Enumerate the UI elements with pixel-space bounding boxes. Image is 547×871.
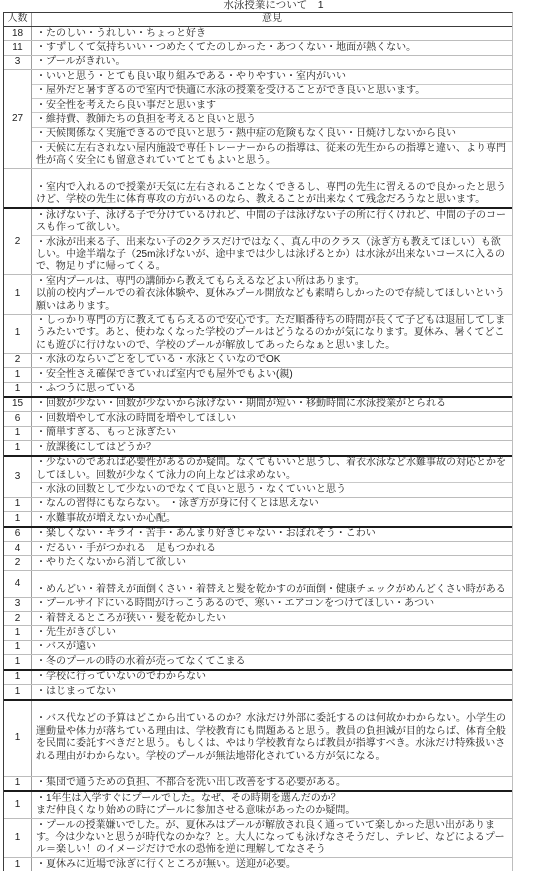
opinion-cell: ・回数増やして水泳の時間を増やしてほしい bbox=[32, 412, 512, 425]
opinion-cell: ・プールがきれい。 bbox=[32, 56, 512, 69]
opinion-line: まだ仲良くなり始めの時にプールに参加させる意味があったのか疑問。 bbox=[36, 805, 508, 817]
opinion-line: ・ふつうに思っている bbox=[36, 383, 508, 395]
opinion-cell: ・1年生は入学すぐにプールでした。なぜ、その時期を選んだのか？まだ仲良くなり始め… bbox=[32, 792, 512, 818]
count-cell: 2 bbox=[4, 354, 32, 367]
table-row: 1・1年生は入学すぐにプールでした。なぜ、その時期を選んだのか？まだ仲良くなり始… bbox=[4, 790, 512, 818]
opinion-line: ・はじまってない bbox=[36, 686, 508, 698]
document-page: 水泳授業について 1 人数 意見 18・たのしい・うれしい・ちょっと好き11・す… bbox=[0, 0, 547, 871]
opinion-sub-row: ・いいと思う・とても良い取り組みである・やりやすい・室内がいい bbox=[32, 70, 512, 83]
opinion-cell: ・いいと思う・とても良い取り組みである・やりやすい・室内がいい・屋外だと暑すぎる… bbox=[32, 70, 512, 168]
table-row: 6・回数増やして水泳の時間を増やしてほしい bbox=[4, 411, 512, 425]
opinion-sub-row: ・プールの授業嫌いでした。が、夏休みはプールが解放され良く通っていて楽しかった思… bbox=[32, 819, 512, 857]
table-row: 1・安全性さえ確保できていれば室内でも屋外でもよい(親) bbox=[4, 367, 512, 381]
count-cell: 1 bbox=[4, 275, 32, 313]
opinion-line: ・プールサイドにいる時間がけっこうあるので、寒い・エアコンをつけてほしい・あつい bbox=[36, 598, 508, 610]
count-cell: 4 bbox=[4, 571, 32, 597]
table-row: 2・着替えるところが狭い・髪を乾かしたい bbox=[4, 611, 512, 625]
opinion-line: ・回数増やして水泳の時間を増やしてほしい bbox=[36, 413, 508, 425]
count-cell: 1 bbox=[4, 626, 32, 639]
table-body: 18・たのしい・うれしい・ちょっと好き11・すずしくて気持ちいい・つめたくてたの… bbox=[4, 27, 512, 871]
opinion-cell: ・楽しくない・キライ・苦手・あんまり好きじゃない・おぼれそう・こわい bbox=[32, 528, 512, 541]
count-cell: 11 bbox=[4, 41, 32, 54]
opinion-line: ・めんどい・着替えが面倒くさい・着替えと髪を乾かすのが面倒・健康チェックがめんど… bbox=[36, 584, 508, 596]
opinion-sub-row: ・めんどい・着替えが面倒くさい・着替えと髪を乾かすのが面倒・健康チェックがめんど… bbox=[32, 571, 512, 597]
count-cell: 3 bbox=[4, 457, 32, 497]
opinion-line: ・回数が少ない・回数が少ないから泳げない・期間が短い・移動時間に水泳授業がとられ… bbox=[36, 398, 508, 410]
table-row: 1・しっかり専門の方に教えてもらえるので安心です。ただ順番待ちの時間が長くて子ど… bbox=[4, 314, 512, 353]
opinion-line: ・バスが遠い bbox=[36, 641, 508, 653]
table-header-row: 人数 意見 bbox=[4, 13, 512, 27]
opinion-cell: ・冬のプールの時の水着が売ってなくてこまる bbox=[32, 655, 512, 668]
opinion-cell: ・着替えるところが狭い・髪を乾かしたい bbox=[32, 612, 512, 625]
table-row: 15・回数が少ない・回数が少ないから泳げない・期間が短い・移動時間に水泳授業がと… bbox=[4, 396, 512, 411]
opinion-cell: ・学校に行っていないのでわからない bbox=[32, 671, 512, 684]
count-cell: 2 bbox=[4, 556, 32, 569]
opinion-sub-row: ・だるい・手がつかれる 足もつかれる bbox=[32, 542, 512, 555]
opinion-line: ・安全性を考えたら良い事だと思います bbox=[36, 100, 508, 112]
opinion-sub-row: ・学校に行っていないのでわからない bbox=[32, 671, 512, 684]
opinion-sub-row: ・楽しくない・キライ・苦手・あんまり好きじゃない・おぼれそう・こわい bbox=[32, 528, 512, 541]
count-cell: 2 bbox=[4, 612, 32, 625]
opinion-line: ・室内で入れるので授業が天気に左右されることなくできるし、専門の先生に習えるので… bbox=[36, 182, 508, 207]
opinion-sub-row: ・やりたくないから消して欲しい bbox=[32, 556, 512, 569]
table-row: 18・たのしい・うれしい・ちょっと好き bbox=[4, 27, 512, 40]
opinion-cell: ・だるい・手がつかれる 足もつかれる bbox=[32, 542, 512, 555]
table-row: 1・先生がきびしい bbox=[4, 625, 512, 639]
opinion-cell: ・泳げない子、泳げる子で分けているけれど、中間の子は泳げない子の所に行くけれど、… bbox=[32, 209, 512, 274]
opinion-cell: ・簡単すぎる、もっと泳ぎたい bbox=[32, 427, 512, 440]
opinion-sub-row: ・水泳のならいごとをしている・水泳とくいなのでOK bbox=[32, 354, 512, 367]
opinion-line bbox=[36, 170, 508, 182]
count-cell: 6 bbox=[4, 528, 32, 541]
opinion-sub-row: ・泳げない子、泳げる子で分けているけれど、中間の子は泳げない子の所に行くけれど、… bbox=[32, 209, 512, 235]
count-cell: 1 bbox=[4, 441, 32, 454]
count-cell: 1 bbox=[4, 498, 32, 511]
opinion-sub-row: ・放課後にしてはどうか？ bbox=[32, 441, 512, 454]
opinion-sub-row: ・天候に左右されない屋内施設で専任トレーナーからの指導は、従来の先生からの指導と… bbox=[32, 141, 512, 168]
opinion-line: ・いいと思う・とても良い取り組みである・やりやすい・室内がいい bbox=[36, 71, 508, 83]
count-cell: 6 bbox=[4, 412, 32, 425]
opinion-sub-row: ・しっかり専門の方に教えてもらえるので安心です。ただ順番待ちの時間が長くて子ども… bbox=[32, 315, 512, 353]
table-row: 1・バスが遠い bbox=[4, 640, 512, 654]
table-row: 27・いいと思う・とても良い取り組みである・やりやすい・室内がいい・屋外だと暑す… bbox=[4, 69, 512, 168]
count-cell: 1 bbox=[4, 315, 32, 353]
opinion-cell: ・水難事故が増えないか心配。 bbox=[32, 512, 512, 525]
table-row: 1・学校に行っていないのでわからない bbox=[4, 669, 512, 684]
opinion-sub-row: ・安全性さえ確保できていれば室内でも屋外でもよい(親) bbox=[32, 368, 512, 381]
count-cell: 1 bbox=[4, 655, 32, 668]
count-cell: 1 bbox=[4, 777, 32, 790]
count-cell: 15 bbox=[4, 398, 32, 411]
count-cell: 1 bbox=[4, 819, 32, 857]
count-cell: 1 bbox=[4, 792, 32, 818]
opinion-line: ・しっかり専門の方に教えてもらえるので安心です。ただ順番待ちの時間が長くて子ども… bbox=[36, 315, 508, 352]
opinion-cell: ・バス代などの予算はどこから出ているのか？水泳だけ外部に委託するのは何故かわから… bbox=[32, 701, 512, 776]
opinion-cell: ・たのしい・うれしい・ちょっと好き bbox=[32, 27, 512, 40]
opinion-cell: ・しっかり専門の方に教えてもらえるので安心です。ただ順番待ちの時間が長くて子ども… bbox=[32, 315, 512, 353]
table-row: 4・だるい・手がつかれる 足もつかれる bbox=[4, 541, 512, 555]
opinion-line: ・簡単すぎる、もっと泳ぎたい bbox=[36, 427, 508, 439]
table-row: 1・室内プールは、専門の講師から教えてもらえるなどよい所はあります。以前の校内プ… bbox=[4, 274, 512, 313]
count-cell: 1 bbox=[4, 368, 32, 381]
table-row: 3・プールがきれい。 bbox=[4, 55, 512, 69]
opinion-sub-row: ・冬のプールの時の水着が売ってなくてこまる bbox=[32, 655, 512, 668]
opinion-cell: ・集団で通うための負担、不都合を洗い出し改善をする必要がある。 bbox=[32, 777, 512, 790]
opinion-cell: ・プールの授業嫌いでした。が、夏休みはプールが解放され良く通っていて楽しかった思… bbox=[32, 819, 512, 857]
table-row: 1・水難事故が増えないか心配。 bbox=[4, 511, 512, 525]
opinion-line: ・維持費、教師たちの負担を考えると良いと思う bbox=[36, 114, 508, 126]
opinion-line: ・楽しくない・キライ・苦手・あんまり好きじゃない・おぼれそう・こわい bbox=[36, 528, 508, 540]
table-row: 1・夏休みに近場で泳ぎに行くところが無い。送迎が必要。 bbox=[4, 857, 512, 871]
page-title: 水泳授業について 1 bbox=[0, 0, 547, 12]
count-cell: 1 bbox=[4, 671, 32, 684]
table-row: 3・プールサイドにいる時間がけっこうあるので、寒い・エアコンをつけてほしい・あつ… bbox=[4, 597, 512, 611]
opinion-line: ・バス代などの予算はどこから出ているのか？水泳だけ外部に委託するのは何故かわから… bbox=[36, 713, 508, 763]
table-row: 11・すずしくて気持ちいい・つめたくてたのしかった・あつくない・地面が熱くない。 bbox=[4, 40, 512, 54]
table-row: 1・ふつうに思っている bbox=[4, 382, 512, 396]
opinion-cell: ・室内プールは、専門の講師から教えてもらえるなどよい所はあります。以前の校内プー… bbox=[32, 275, 512, 313]
opinion-line: ・水泳が出来る子、出来ない子の2クラスだけではなく、真ん中のクラス（泳ぎ方も教え… bbox=[36, 237, 508, 274]
opinion-sub-row: ・夏休みに近場で泳ぎに行くところが無い。送迎が必要。 bbox=[32, 858, 512, 871]
opinion-line: ・先生がきびしい bbox=[36, 627, 508, 639]
opinion-sub-row: ・室内プールは、専門の講師から教えてもらえるなどよい所はあります。以前の校内プー… bbox=[32, 275, 512, 313]
column-header-count: 人数 bbox=[4, 13, 32, 26]
opinions-table: 人数 意見 18・たのしい・うれしい・ちょっと好き11・すずしくて気持ちいい・つ… bbox=[3, 12, 513, 871]
opinion-cell: ・安全性さえ確保できていれば室内でも屋外でもよい(親) bbox=[32, 368, 512, 381]
count-cell: 2 bbox=[4, 209, 32, 274]
table-row: 1・なんの習得にもならない。 ・泳ぎ方が身に付くとは思えない bbox=[4, 497, 512, 511]
opinion-cell: ・夏休みに近場で泳ぎに行くところが無い。送迎が必要。 bbox=[32, 858, 512, 871]
opinion-cell: ・すずしくて気持ちいい・つめたくてたのしかった・あつくない・地面が熱くない。 bbox=[32, 41, 512, 54]
opinion-line: ・プールがきれい。 bbox=[36, 56, 508, 68]
opinion-cell: ・めんどい・着替えが面倒くさい・着替えと髪を乾かすのが面倒・健康チェックがめんど… bbox=[32, 571, 512, 597]
opinion-line: ・だるい・手がつかれる 足もつかれる bbox=[36, 543, 508, 555]
opinion-sub-row: ・回数増やして水泳の時間を増やしてほしい bbox=[32, 412, 512, 425]
table-row: 1 ・バス代などの予算はどこから出ているのか？水泳だけ外部に委託するのは何故かわ… bbox=[4, 699, 512, 776]
opinion-sub-row: ・たのしい・うれしい・ちょっと好き bbox=[32, 27, 512, 40]
table-row: 1・冬のプールの時の水着が売ってなくてこまる bbox=[4, 654, 512, 668]
opinion-cell: ・プールサイドにいる時間がけっこうあるので、寒い・エアコンをつけてほしい・あつい bbox=[32, 598, 512, 611]
opinion-line: ・泳げない子、泳げる子で分けているけれど、中間の子は泳げない子の所に行くけれど、… bbox=[36, 210, 508, 235]
opinion-cell: ・水泳のならいごとをしている・水泳とくいなのでOK bbox=[32, 354, 512, 367]
opinion-sub-row: ・バス代などの予算はどこから出ているのか？水泳だけ外部に委託するのは何故かわから… bbox=[32, 701, 512, 776]
opinion-sub-row: ・水難事故が増えないか心配。 bbox=[32, 512, 512, 525]
opinion-line: ・たのしい・うれしい・ちょっと好き bbox=[36, 28, 508, 40]
opinion-line: ・水泳の回数として少ないのでなくて良いと思う・なくていいと思う bbox=[36, 484, 508, 496]
table-row: 1・はじまってない bbox=[4, 684, 512, 698]
opinion-sub-row: ・プールサイドにいる時間がけっこうあるので、寒い・エアコンをつけてほしい・あつい bbox=[32, 598, 512, 611]
count-cell: 1 bbox=[4, 427, 32, 440]
count-cell: 3 bbox=[4, 598, 32, 611]
opinion-sub-row: ・少ないのであれば必要性があるのか疑問。なくてもいいと思うし、着衣水泳など水難事… bbox=[32, 457, 512, 483]
count-cell: 27 bbox=[4, 70, 32, 168]
opinion-sub-row: ・天候関係なく実施できるので良いと思う・熱中症の危険もなく良い・日焼けしないから… bbox=[32, 127, 512, 141]
opinion-line: ・天候関係なく実施できるので良いと思う・熱中症の危険もなく良い・日焼けしないから… bbox=[36, 128, 508, 140]
opinion-sub-row: ・なんの習得にもならない。 ・泳ぎ方が身に付くとは思えない bbox=[32, 498, 512, 511]
opinion-line: ・少ないのであれば必要性があるのか疑問。なくてもいいと思うし、着衣水泳など水難事… bbox=[36, 457, 508, 482]
table-row: 1・簡単すぎる、もっと泳ぎたい bbox=[4, 426, 512, 440]
opinion-sub-row: ・室内で入れるので授業が天気に左右されることなくできるし、専門の先生に習えるので… bbox=[32, 169, 512, 207]
opinion-sub-row: ・集団で通うための負担、不都合を洗い出し改善をする必要がある。 bbox=[32, 777, 512, 790]
table-row: 2・泳げない子、泳げる子で分けているけれど、中間の子は泳げない子の所に行くけれど… bbox=[4, 207, 512, 274]
opinion-sub-row: ・簡単すぎる、もっと泳ぎたい bbox=[32, 427, 512, 440]
opinion-cell: ・バスが遠い bbox=[32, 641, 512, 654]
opinion-line: ・天候に左右されない屋内施設で専任トレーナーからの指導は、従来の先生からの指導と… bbox=[36, 143, 508, 168]
opinion-cell: ・少ないのであれば必要性があるのか疑問。なくてもいいと思うし、着衣水泳など水難事… bbox=[32, 457, 512, 497]
opinion-line: ・安全性さえ確保できていれば室内でも屋外でもよい(親) bbox=[36, 369, 508, 381]
opinion-sub-row: ・回数が少ない・回数が少ないから泳げない・期間が短い・移動時間に水泳授業がとられ… bbox=[32, 398, 512, 411]
opinion-line bbox=[36, 763, 508, 775]
opinion-line: ・プールの授業嫌いでした。が、夏休みはプールが解放され良く通っていて楽しかった思… bbox=[36, 820, 508, 857]
count-cell: 1 bbox=[4, 858, 32, 871]
count-cell: 1 bbox=[4, 685, 32, 698]
table-row: 1・プールの授業嫌いでした。が、夏休みはプールが解放され良く通っていて楽しかった… bbox=[4, 818, 512, 857]
count-cell: 3 bbox=[4, 56, 32, 69]
table-row: 4 ・めんどい・着替えが面倒くさい・着替えと髪を乾かすのが面倒・健康チェックがめ… bbox=[4, 570, 512, 597]
table-row: 1・放課後にしてはどうか？ bbox=[4, 440, 512, 454]
count-cell: 18 bbox=[4, 27, 32, 40]
opinion-sub-row: ・バスが遠い bbox=[32, 641, 512, 654]
opinion-line: ・着替えるところが狭い・髪を乾かしたい bbox=[36, 613, 508, 625]
opinion-line: ・やりたくないから消して欲しい bbox=[36, 557, 508, 569]
count-cell bbox=[4, 169, 32, 207]
table-row: ・室内で入れるので授業が天気に左右されることなくできるし、専門の先生に習えるので… bbox=[4, 168, 512, 207]
table-row: 2・やりたくないから消して欲しい bbox=[4, 555, 512, 569]
opinion-sub-row: ・すずしくて気持ちいい・つめたくてたのしかった・あつくない・地面が熱くない。 bbox=[32, 41, 512, 54]
opinion-cell: ・ふつうに思っている bbox=[32, 383, 512, 396]
count-cell: 1 bbox=[4, 701, 32, 776]
opinion-line: ・水泳のならいごとをしている・水泳とくいなのでOK bbox=[36, 354, 508, 366]
opinion-sub-row: ・維持費、教師たちの負担を考えると良いと思う bbox=[32, 112, 512, 126]
table-row: 3・少ないのであれば必要性があるのか疑問。なくてもいいと思うし、着衣水泳など水難… bbox=[4, 455, 512, 497]
table-row: 2・水泳のならいごとをしている・水泳とくいなのでOK bbox=[4, 353, 512, 367]
opinion-line: ・1年生は入学すぐにプールでした。なぜ、その時期を選んだのか？ bbox=[36, 793, 508, 805]
opinion-line: 以前の校内プールでの着衣泳体験や、夏休みプール開放なども素晴らしかったので存続し… bbox=[36, 288, 508, 313]
opinion-line: ・室内プールは、専門の講師から教えてもらえるなどよい所はあります。 bbox=[36, 276, 508, 288]
opinion-line bbox=[36, 571, 508, 583]
count-cell: 1 bbox=[4, 383, 32, 396]
opinion-cell: ・室内で入れるので授業が天気に左右されることなくできるし、専門の先生に習えるので… bbox=[32, 169, 512, 207]
opinion-cell: ・回数が少ない・回数が少ないから泳げない・期間が短い・移動時間に水泳授業がとられ… bbox=[32, 398, 512, 411]
opinion-line: ・学校に行っていないのでわからない bbox=[36, 671, 508, 683]
opinion-line: ・集団で通うための負担、不都合を洗い出し改善をする必要がある。 bbox=[36, 777, 508, 789]
opinion-line: ・なんの習得にもならない。 ・泳ぎ方が身に付くとは思えない bbox=[36, 498, 508, 510]
opinion-sub-row: ・プールがきれい。 bbox=[32, 56, 512, 69]
opinion-line: ・屋外だと暑すぎるので室内で快適に水泳の授業を受けることができ良いと思います。 bbox=[36, 85, 508, 97]
opinion-line: ・すずしくて気持ちいい・つめたくてたのしかった・あつくない・地面が熱くない。 bbox=[36, 42, 508, 54]
table-row: 1・集団で通うための負担、不都合を洗い出し改善をする必要がある。 bbox=[4, 776, 512, 790]
opinion-line: ・夏休みに近場で泳ぎに行くところが無い。送迎が必要。 bbox=[36, 859, 508, 871]
table-row: 6・楽しくない・キライ・苦手・あんまり好きじゃない・おぼれそう・こわい bbox=[4, 526, 512, 541]
opinion-sub-row: ・1年生は入学すぐにプールでした。なぜ、その時期を選んだのか？まだ仲良くなり始め… bbox=[32, 792, 512, 818]
opinion-sub-row: ・水泳の回数として少ないのでなくて良いと思う・なくていいと思う bbox=[32, 482, 512, 496]
opinion-line bbox=[36, 701, 508, 713]
opinion-sub-row: ・先生がきびしい bbox=[32, 626, 512, 639]
opinion-cell: ・やりたくないから消して欲しい bbox=[32, 556, 512, 569]
count-cell: 4 bbox=[4, 542, 32, 555]
opinion-cell: ・放課後にしてはどうか？ bbox=[32, 441, 512, 454]
count-cell: 1 bbox=[4, 641, 32, 654]
opinion-line: ・放課後にしてはどうか？ bbox=[36, 442, 508, 454]
opinion-sub-row: ・安全性を考えたら良い事だと思います bbox=[32, 98, 512, 112]
opinion-line: ・水難事故が増えないか心配。 bbox=[36, 513, 508, 525]
column-header-opinion: 意見 bbox=[32, 13, 512, 26]
opinion-cell: ・はじまってない bbox=[32, 685, 512, 698]
opinion-sub-row: ・着替えるところが狭い・髪を乾かしたい bbox=[32, 612, 512, 625]
count-cell: 1 bbox=[4, 512, 32, 525]
opinion-sub-row: ・ふつうに思っている bbox=[32, 383, 512, 396]
opinion-sub-row: ・水泳が出来る子、出来ない子の2クラスだけではなく、真ん中のクラス（泳ぎ方も教え… bbox=[32, 235, 512, 274]
opinion-sub-row: ・はじまってない bbox=[32, 685, 512, 698]
opinion-cell: ・先生がきびしい bbox=[32, 626, 512, 639]
opinion-sub-row: ・屋外だと暑すぎるので室内で快適に水泳の授業を受けることができ良いと思います。 bbox=[32, 84, 512, 98]
opinion-cell: ・なんの習得にもならない。 ・泳ぎ方が身に付くとは思えない bbox=[32, 498, 512, 511]
opinion-line: ・冬のプールの時の水着が売ってなくてこまる bbox=[36, 656, 508, 668]
